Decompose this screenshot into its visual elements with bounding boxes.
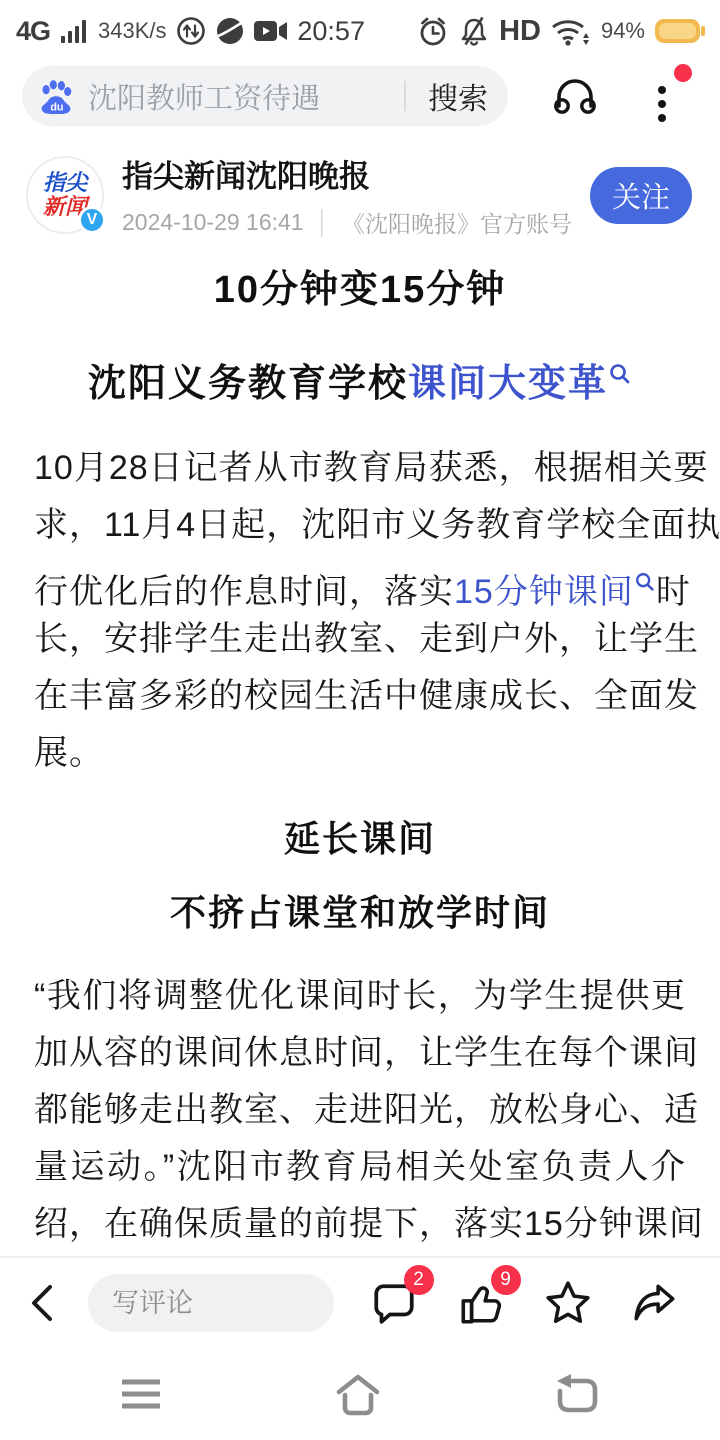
- wifi-icon: [550, 15, 592, 47]
- comment-count-badge: 2: [404, 1265, 434, 1295]
- baidu-logo-icon: du: [38, 78, 74, 114]
- verified-badge: V: [78, 206, 106, 234]
- account-source: 《沈阳晚报》官方账号: [342, 206, 572, 239]
- hd-indicator-label: HD: [499, 15, 541, 48]
- battery-percent-label: 94%: [601, 18, 645, 44]
- status-bar: 4G 343K/s: [0, 0, 720, 56]
- article-title-line2: 沈阳义务教育学校课间大变革: [34, 352, 686, 406]
- article-line: 行优化后的作息时间，落实15分钟课间时: [34, 554, 686, 611]
- search-row: du 沈阳教师工资待遇 搜索: [0, 56, 720, 142]
- line-text: 行优化后的作息时间，落实: [34, 573, 454, 611]
- account-info: 指尖新闻沈阳晚报 2024-10-29 16:41 │ 《沈阳晚报》官方账号: [122, 151, 572, 239]
- search-button[interactable]: 搜索: [428, 74, 488, 118]
- comments-button[interactable]: 2: [370, 1279, 418, 1327]
- kebab-menu-icon: [658, 80, 666, 128]
- author-header: 指尖 新闻 V 指尖新闻沈阳晚报 2024-10-29 16:41 │ 《沈阳晚…: [0, 142, 720, 252]
- search-box[interactable]: du 沈阳教师工资待遇 搜索: [22, 66, 508, 126]
- baidu-article-page: 4G 343K/s: [0, 0, 720, 1440]
- notification-dot: [674, 64, 692, 82]
- article-line: 绍，在确保质量的前提下，落实15分钟课间: [34, 1196, 686, 1253]
- network-speed-label: 343K/s: [98, 18, 167, 44]
- paragraph-2: “我们将调整优化课间时长，为学生提供更 加从容的课间休息时间，让学生在每个课间 …: [34, 968, 686, 1256]
- status-left-group: 4G 343K/s: [16, 16, 288, 47]
- article-line: 加从容的课间休息时间，让学生在每个课间: [34, 1025, 686, 1082]
- action-icons: 2 9: [334, 1279, 698, 1327]
- article-title-line1: 10分钟变15分钟: [34, 268, 686, 312]
- article-line: “我们将调整优化课间时长，为学生提供更: [34, 968, 686, 1025]
- search-query-text[interactable]: 沈阳教师工资待遇: [88, 76, 400, 117]
- article-subhead-2: 不挤占课堂和放学时间: [34, 892, 686, 934]
- notification-muted-icon: [458, 15, 490, 47]
- more-menu-button[interactable]: [648, 70, 688, 122]
- browser-app-icon: [215, 16, 245, 46]
- account-name[interactable]: 指尖新闻沈阳晚报: [122, 151, 572, 196]
- status-right-group: HD 94%: [417, 15, 706, 48]
- article-subhead-1: 延长课间: [34, 818, 686, 860]
- article-body: 10分钟变15分钟 沈阳义务教育学校课间大变革 10月28日记者从市教育局获悉，…: [0, 252, 720, 1256]
- line-text: 时: [656, 573, 691, 611]
- share-button[interactable]: [631, 1279, 679, 1327]
- data-transfer-icon: [176, 16, 206, 46]
- title-text: 沈阳义务教育学校: [88, 363, 408, 405]
- article-line: 展。: [34, 725, 686, 782]
- search-link-icon[interactable]: [608, 353, 632, 395]
- like-count-badge: 9: [491, 1265, 521, 1295]
- svg-text:du: du: [50, 101, 63, 113]
- back-icon[interactable]: [24, 1281, 64, 1325]
- avatar-text-top: 指尖: [43, 171, 87, 195]
- system-nav-bar: [0, 1348, 720, 1440]
- publish-date: 2024-10-29 16:41: [122, 209, 304, 236]
- battery-icon: [654, 16, 706, 46]
- follow-button[interactable]: 关注: [590, 167, 692, 224]
- clock-time-label: 20:57: [297, 16, 365, 47]
- listen-headphones-icon[interactable]: [552, 74, 598, 118]
- network-type-label: 4G: [16, 16, 50, 47]
- account-meta: 2024-10-29 16:41 │ 《沈阳晚报》官方账号: [122, 206, 572, 239]
- favorite-star-button[interactable]: [544, 1279, 592, 1327]
- signal-strength-icon: [59, 16, 89, 46]
- search-divider: [404, 81, 406, 111]
- search-link-icon[interactable]: [634, 563, 656, 601]
- article-line: 10月28日记者从市教育局获悉，根据相关要: [34, 440, 686, 497]
- alarm-clock-icon: [417, 15, 449, 47]
- comment-toolbar: 2 9: [0, 1256, 720, 1348]
- nav-back-button[interactable]: [552, 1370, 602, 1418]
- home-button[interactable]: [332, 1370, 384, 1418]
- article-line: 求，11月4日起，沈阳市义务教育学校全面执: [34, 497, 686, 554]
- title-entity-link[interactable]: 课间大变革: [408, 363, 608, 405]
- like-button[interactable]: 9: [457, 1279, 505, 1327]
- article-line: 在丰富多彩的校园生活中健康成长、全面发: [34, 668, 686, 725]
- article-line: 量运动。”沈阳市教育局相关处室负责人介: [34, 1139, 686, 1196]
- article-line: 都能够走出教室、走进阳光，放松身心、适: [34, 1082, 686, 1139]
- meta-separator: │: [316, 209, 330, 236]
- article-line: 长，安排学生走出教室、走到户外，让学生: [34, 611, 686, 668]
- avatar[interactable]: 指尖 新闻 V: [26, 156, 104, 234]
- recents-menu-button[interactable]: [118, 1375, 164, 1413]
- comment-input[interactable]: [88, 1274, 334, 1332]
- video-app-icon: [254, 17, 288, 45]
- entity-link[interactable]: 15分钟课间: [454, 573, 634, 611]
- paragraph-1: 10月28日记者从市教育局获悉，根据相关要 求，11月4日起，沈阳市义务教育学校…: [34, 440, 686, 782]
